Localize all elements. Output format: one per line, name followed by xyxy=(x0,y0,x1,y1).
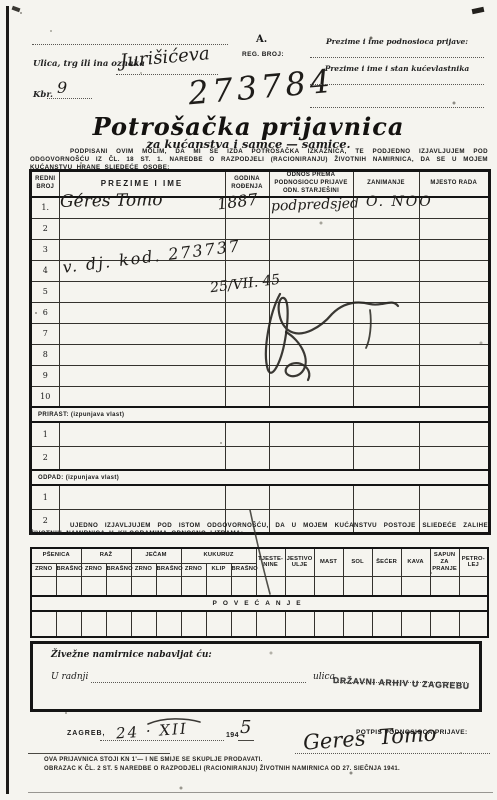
scanned-form-page: Ulica, trg ili ina oznaka Jurišićeva Kbr… xyxy=(0,0,497,800)
row-number: 3 xyxy=(31,239,59,260)
sub-header-zrno: ZRNO xyxy=(131,563,156,576)
applicant-name-line xyxy=(310,57,484,58)
empty-cell xyxy=(225,218,269,239)
empty-cell xyxy=(156,576,181,596)
empty-cell xyxy=(430,611,459,637)
supplies-table: PŠENICA RAŽ JEČAM KUKURUZ TJESTE-NINE JE… xyxy=(30,547,489,638)
person-row: 10 xyxy=(31,386,489,407)
empty-cell xyxy=(131,611,156,637)
odpad-row: 1 xyxy=(31,485,489,509)
empty-cell xyxy=(181,611,206,637)
empty-cell xyxy=(419,260,489,281)
empty-cell xyxy=(430,576,459,596)
empty-cell xyxy=(206,576,231,596)
empty-cell xyxy=(419,302,489,323)
intro-paragraph: PODPISANI OVIM MOLIM, DA MI SE IZDA POTR… xyxy=(30,148,488,172)
column-header-tjestenine: TJESTE-NINE xyxy=(256,548,285,576)
empty-cell xyxy=(225,386,269,407)
empty-cell xyxy=(81,611,106,637)
empty-cell xyxy=(269,218,353,239)
row-number: 2 xyxy=(31,218,59,239)
empty-cell xyxy=(353,218,419,239)
street-value-handwriting: Jurišićeva xyxy=(119,43,210,72)
empty-cell xyxy=(459,611,488,637)
empty-cell xyxy=(353,446,419,470)
empty-cell xyxy=(269,485,353,509)
empty-cell xyxy=(59,485,225,509)
group-header-kukuruz: KUKURUZ xyxy=(181,548,256,563)
row-number: 7 xyxy=(31,323,59,344)
sub-header-klip: KLIP xyxy=(206,563,231,576)
empty-cell xyxy=(59,218,225,239)
empty-cell xyxy=(31,576,56,596)
empty-cell xyxy=(269,239,353,260)
purchase-box-title: Živežne namirnice nabavljat ću: xyxy=(51,650,212,660)
supplies-group-header-row: PŠENICA RAŽ JEČAM KUKURUZ TJESTE-NINE JE… xyxy=(31,548,488,563)
empty-cell xyxy=(419,218,489,239)
empty-cell xyxy=(56,576,81,596)
prirast-row: 1 xyxy=(31,422,489,446)
group-header-jecam: JEČAM xyxy=(131,548,181,563)
empty-cell xyxy=(419,239,489,260)
prirast-row: 2 xyxy=(31,446,489,470)
sub-header-zrno: ZRNO xyxy=(81,563,106,576)
empty-cell xyxy=(231,611,256,637)
row-number: 4 xyxy=(31,260,59,281)
empty-cell xyxy=(269,422,353,446)
year-fill-line xyxy=(238,740,254,741)
row-number: 1 xyxy=(31,422,59,446)
empty-cell xyxy=(59,302,225,323)
kbr-fill-line xyxy=(47,98,92,99)
supplies-empty-row xyxy=(31,611,488,637)
row-number: 9 xyxy=(31,365,59,386)
empty-cell xyxy=(353,422,419,446)
prirast-label: PRIRAST: (izpunjava vlast) xyxy=(31,407,489,422)
empty-cell xyxy=(401,611,430,637)
shop-fill-line xyxy=(91,682,306,683)
row-number: 8 xyxy=(31,344,59,365)
column-header-petrolej: PETRO-LEJ xyxy=(459,548,488,576)
empty-cell xyxy=(372,576,401,596)
povecanje-label: POVEĆANJE xyxy=(31,596,488,611)
purchase-box: Živežne namirnice nabavljat ću: U radnji… xyxy=(30,641,482,712)
ulica-label: ulica xyxy=(313,672,335,682)
row-number: 2 xyxy=(31,446,59,470)
section-letter: A. xyxy=(256,34,267,45)
landlord-line-2 xyxy=(310,107,484,108)
empty-cell xyxy=(225,446,269,470)
landlord-line-1 xyxy=(310,84,484,85)
scan-corner-mark xyxy=(472,7,485,14)
scan-edge-bottom xyxy=(28,792,493,793)
empty-cell xyxy=(314,611,343,637)
empty-cell xyxy=(353,386,419,407)
prirast-header-row: PRIRAST: (izpunjava vlast) xyxy=(31,407,489,422)
empty-cell xyxy=(401,576,430,596)
column-header-kava: KAVA xyxy=(401,548,430,576)
empty-cell xyxy=(269,446,353,470)
empty-cell xyxy=(131,576,156,596)
signature-scrawl xyxy=(252,282,402,382)
empty-cell xyxy=(285,576,314,596)
empty-cell xyxy=(419,365,489,386)
empty-cell xyxy=(459,576,488,596)
sub-header-brasno: BRAŠNO xyxy=(106,563,131,576)
empty-cell xyxy=(225,485,269,509)
city-label: ZAGREB, xyxy=(67,730,106,737)
empty-cell xyxy=(419,446,489,470)
empty-cell xyxy=(59,446,225,470)
column-header-jestivo-ulje: JESTIVO ULJE xyxy=(285,548,314,576)
empty-cell xyxy=(59,386,225,407)
row-number: 1 xyxy=(31,485,59,509)
empty-cell xyxy=(353,239,419,260)
empty-cell xyxy=(106,611,131,637)
year-handwriting: 5 xyxy=(240,717,251,738)
empty-cell xyxy=(419,281,489,302)
empty-cell xyxy=(419,323,489,344)
row-number: 10 xyxy=(31,386,59,407)
landlord-label: Prezime i ime i stan kućevlastnika xyxy=(310,64,484,73)
archive-stamp: DRŽAVNI ARHIV U ZAGREBU xyxy=(333,675,470,691)
empty-cell xyxy=(285,611,314,637)
row1-workplace-handwriting: O. NOO xyxy=(366,194,433,210)
empty-cell xyxy=(56,611,81,637)
year-print: 194 xyxy=(226,732,239,739)
scan-noise xyxy=(20,12,22,14)
shop-label: U radnji xyxy=(51,672,88,682)
empty-cell xyxy=(106,576,131,596)
empty-cell xyxy=(419,386,489,407)
empty-cell xyxy=(256,611,285,637)
empty-cell xyxy=(419,422,489,446)
column-header-sol: SOL xyxy=(343,548,372,576)
empty-cell xyxy=(419,485,489,509)
group-header-psenica: PŠENICA xyxy=(31,548,81,563)
empty-cell xyxy=(81,576,106,596)
supplies-empty-row xyxy=(31,576,488,596)
empty-cell xyxy=(353,260,419,281)
signature-line xyxy=(295,753,490,754)
sub-header-brasno: BRAŠNO xyxy=(56,563,81,576)
empty-cell xyxy=(59,344,225,365)
row-number: 6 xyxy=(31,302,59,323)
odpad-header-row: ODPAD: (izpunjava vlast) xyxy=(31,470,489,485)
column-header-odnos: ODNOS PREMA PODNOSIOCU PRIJAVE ODN. STAR… xyxy=(269,171,353,197)
empty-cell xyxy=(206,611,231,637)
empty-cell xyxy=(372,611,401,637)
column-header-sapun: SAPUN ZA PRANJE xyxy=(430,548,459,576)
empty-cell xyxy=(59,281,225,302)
empty-cell xyxy=(156,611,181,637)
fine-print-2: OBRAZAC K ČL. 2 ST. 5 NAREDBE O RAZPODJE… xyxy=(44,766,400,772)
empty-cell xyxy=(59,422,225,446)
empty-cell xyxy=(59,323,225,344)
empty-cell xyxy=(269,260,353,281)
row-number: 5 xyxy=(31,281,59,302)
row1-relation-handwriting: podpredsjed xyxy=(271,195,360,214)
sub-header-zrno: ZRNO xyxy=(31,563,56,576)
scan-corner-mark xyxy=(12,6,21,12)
sub-header-brasno: BRAŠNO xyxy=(156,563,181,576)
signature-handwriting: Geres Tomo xyxy=(302,721,437,754)
group-header-raz: RAŽ xyxy=(81,548,131,563)
reg-broj-label: REG. BROJ: xyxy=(242,51,284,58)
footer-left-line xyxy=(28,753,170,754)
sub-header-brasno: BRAŠNO xyxy=(231,563,256,576)
empty-cell xyxy=(343,576,372,596)
empty-cell xyxy=(343,611,372,637)
empty-cell xyxy=(256,576,285,596)
empty-cell xyxy=(419,344,489,365)
date-overline-stroke xyxy=(146,716,202,726)
empty-cell xyxy=(225,422,269,446)
column-header-redni-broj: REDNI BROJ xyxy=(31,171,59,197)
fine-print-1: OVA PRIJAVNICA STOJI KN 1'— I NE SMIJE S… xyxy=(44,757,263,763)
empty-cell xyxy=(314,576,343,596)
odpad-label: ODPAD: (izpunjava vlast) xyxy=(31,470,489,485)
empty-cell xyxy=(231,576,256,596)
povecanje-row: POVEĆANJE xyxy=(31,596,488,611)
person-row: 2 xyxy=(31,218,489,239)
empty-cell xyxy=(181,576,206,596)
empty-cell xyxy=(353,485,419,509)
empty-cell xyxy=(59,365,225,386)
column-header-mast: MAST xyxy=(314,548,343,576)
row-number: 1. xyxy=(31,197,59,218)
sub-header-zrno: ZRNO xyxy=(181,563,206,576)
row1-name-handwriting: Géres Tomo xyxy=(60,190,163,212)
column-header-secer: ŠEĆER xyxy=(372,548,401,576)
kbr-value-handwriting: 9 xyxy=(57,78,67,97)
empty-cell xyxy=(269,386,353,407)
empty-cell xyxy=(31,611,56,637)
applicant-name-label: Prezime i ime podnosioca prijave: xyxy=(310,37,484,46)
